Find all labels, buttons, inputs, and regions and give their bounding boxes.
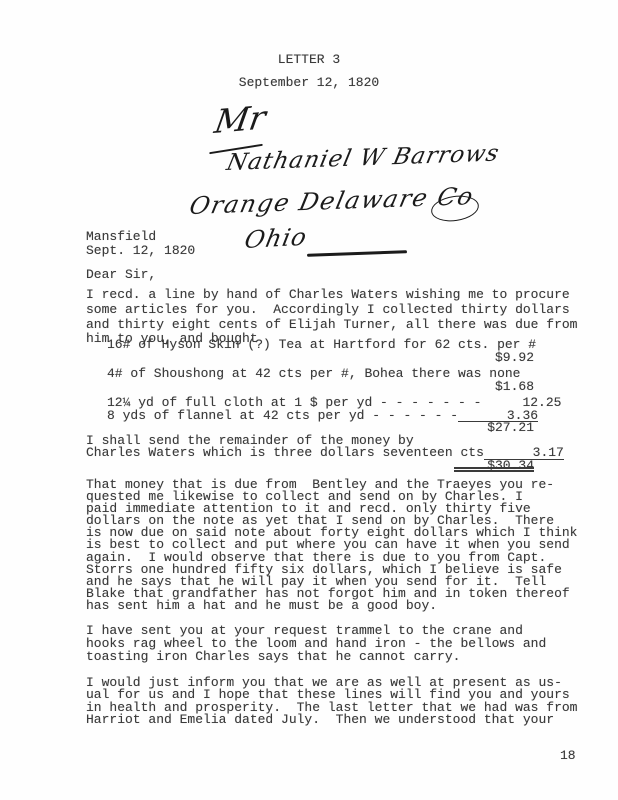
paragraph-items-sent: I have sent you at your request trammel … bbox=[86, 625, 546, 663]
page-number: 18 bbox=[560, 748, 576, 763]
handwritten-address-block: Mr Nathaniel W Barrows Orange Delaware C… bbox=[185, 104, 505, 272]
handwritten-recipient-name: Nathaniel W Barrows bbox=[224, 141, 502, 176]
subtotal-amount: $27.21 bbox=[454, 422, 534, 435]
item-amount: $9.92 bbox=[454, 352, 534, 365]
flourish-dash bbox=[307, 250, 407, 256]
table-row: 16# of Hyson Skin (?) Tea at Hartford fo… bbox=[86, 339, 534, 352]
paragraph-closing-news: I would just inform you that we are as w… bbox=[86, 677, 577, 726]
charles-line: Charles Waters which is three dollars se… bbox=[86, 447, 484, 460]
item-amount bbox=[536, 339, 616, 352]
account-table: 16# of Hyson Skin (?) Tea at Hartford fo… bbox=[86, 339, 534, 472]
table-row: 8 yds of flannel at 42 cts per yd - - - … bbox=[86, 410, 534, 423]
table-row-total: $30.34 bbox=[86, 460, 534, 473]
item-description: 16# of Hyson Skin (?) Tea at Hartford fo… bbox=[86, 339, 536, 352]
table-row: 4# of Shoushong at 42 cts per #, Bohea t… bbox=[86, 368, 534, 381]
dateline-place: Mansfield bbox=[86, 229, 156, 244]
table-row: $9.92 bbox=[86, 352, 534, 365]
table-row: Charles Waters which is three dollars se… bbox=[86, 447, 534, 460]
scanned-letter-page: LETTER 3 September 12, 1820 Mr Nathaniel… bbox=[0, 0, 618, 800]
paragraph-money-due: That money that is due from Bentley and … bbox=[86, 479, 577, 612]
item-description: 4# of Shoushong at 42 cts per #, Bohea t… bbox=[86, 368, 520, 381]
letter-heading-date: September 12, 1820 bbox=[0, 75, 618, 90]
handwritten-state: Ohio bbox=[242, 223, 309, 254]
item-amount: $1.68 bbox=[454, 381, 534, 394]
handwritten-honorific: Mr bbox=[212, 98, 269, 141]
total-amount-double-underlined: $30.34 bbox=[454, 460, 534, 473]
table-row: $1.68 bbox=[86, 381, 534, 394]
item-description: 8 yds of flannel at 42 cts per yd - - - … bbox=[86, 410, 458, 423]
dateline-date: Sept. 12, 1820 bbox=[86, 243, 195, 258]
letter-heading: LETTER 3 bbox=[0, 52, 618, 67]
salutation: Dear Sir, bbox=[86, 267, 156, 282]
